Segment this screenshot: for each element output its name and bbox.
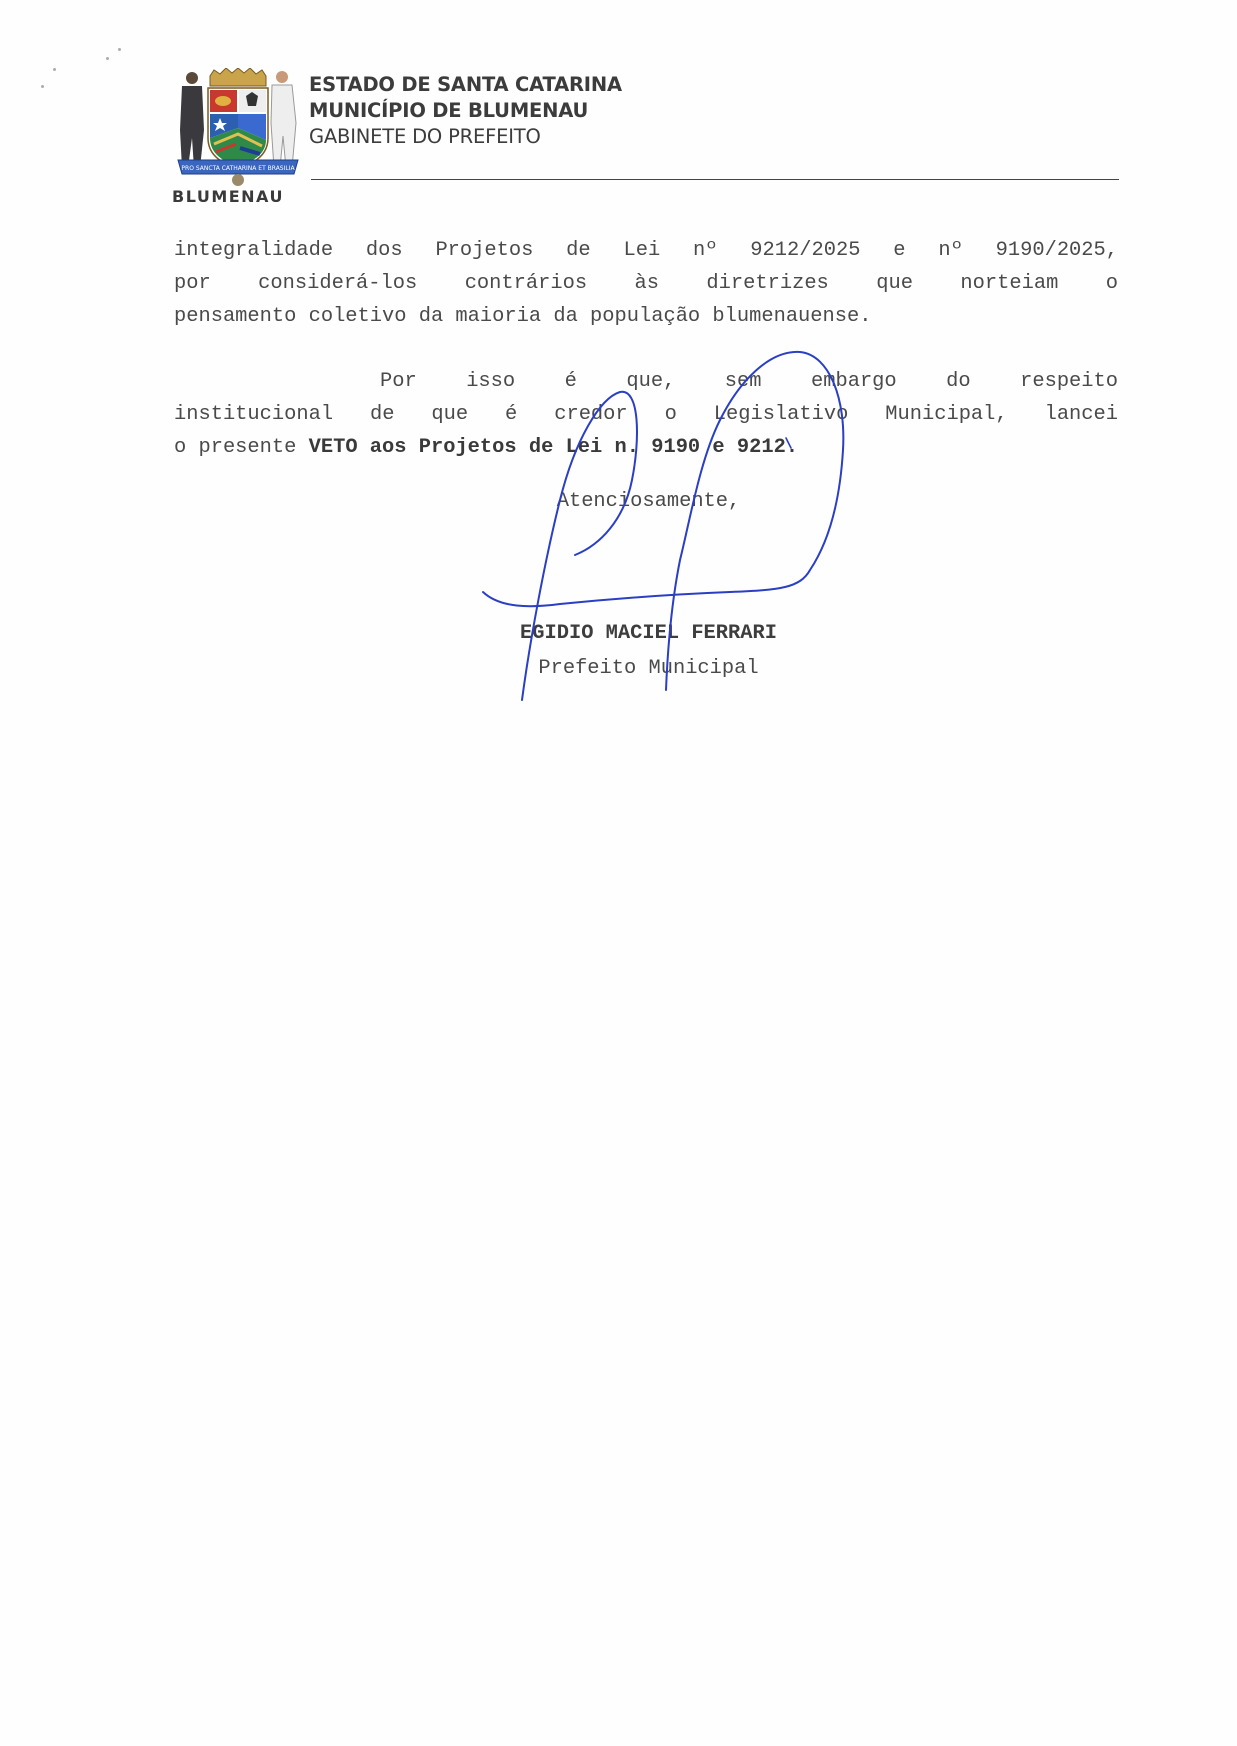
paragraph-line: o presente VETO aos Projetos de Lei n. 9… bbox=[174, 431, 1118, 464]
signer-name: EGIDIO MACIEL FERRARI bbox=[0, 622, 1237, 645]
scan-speck bbox=[118, 48, 121, 51]
paragraph-line: institucional de que é credor o Legislat… bbox=[174, 398, 1118, 431]
veto-prefix: o presente bbox=[174, 436, 309, 459]
veto-statement: VETO aos Projetos de Lei n. 9190 e 9212. bbox=[309, 436, 798, 459]
document-page: PRO SANCTA CATHARINA ET BRASILIA BLUMENA… bbox=[0, 0, 1237, 1746]
scan-speck bbox=[106, 57, 109, 60]
crest-label: BLUMENAU bbox=[172, 187, 284, 206]
blumenau-coat-of-arms-icon: PRO SANCTA CATHARINA ET BRASILIA bbox=[176, 68, 300, 188]
letterhead-divider bbox=[311, 179, 1119, 180]
paragraph-1: integralidade dos Projetos de Lei nº 921… bbox=[174, 234, 1118, 333]
paragraph-line: por considerá-los contrários às diretriz… bbox=[174, 267, 1118, 300]
paragraph-2: Por isso é que, sem embargo do respeito … bbox=[174, 365, 1118, 464]
scan-speck bbox=[41, 85, 44, 88]
paragraph-line: Por isso é que, sem embargo do respeito bbox=[174, 365, 1118, 398]
paragraph-line: integralidade dos Projetos de Lei nº 921… bbox=[174, 234, 1118, 267]
letterhead: ESTADO DE SANTA CATARINA MUNICÍPIO DE BL… bbox=[309, 72, 622, 150]
paragraph-line: pensamento coletivo da maioria da popula… bbox=[174, 300, 1118, 333]
signer-title: Prefeito Municipal bbox=[0, 657, 1237, 680]
salutation: Atenciosamente, bbox=[0, 490, 1237, 513]
letterhead-office: GABINETE DO PREFEITO bbox=[309, 124, 622, 150]
svg-text:PRO SANCTA CATHARINA ET BRASIL: PRO SANCTA CATHARINA ET BRASILIA bbox=[181, 165, 295, 172]
scan-speck bbox=[53, 68, 56, 71]
letterhead-state: ESTADO DE SANTA CATARINA bbox=[309, 72, 622, 98]
letterhead-municipality: MUNICÍPIO DE BLUMENAU bbox=[309, 98, 622, 124]
